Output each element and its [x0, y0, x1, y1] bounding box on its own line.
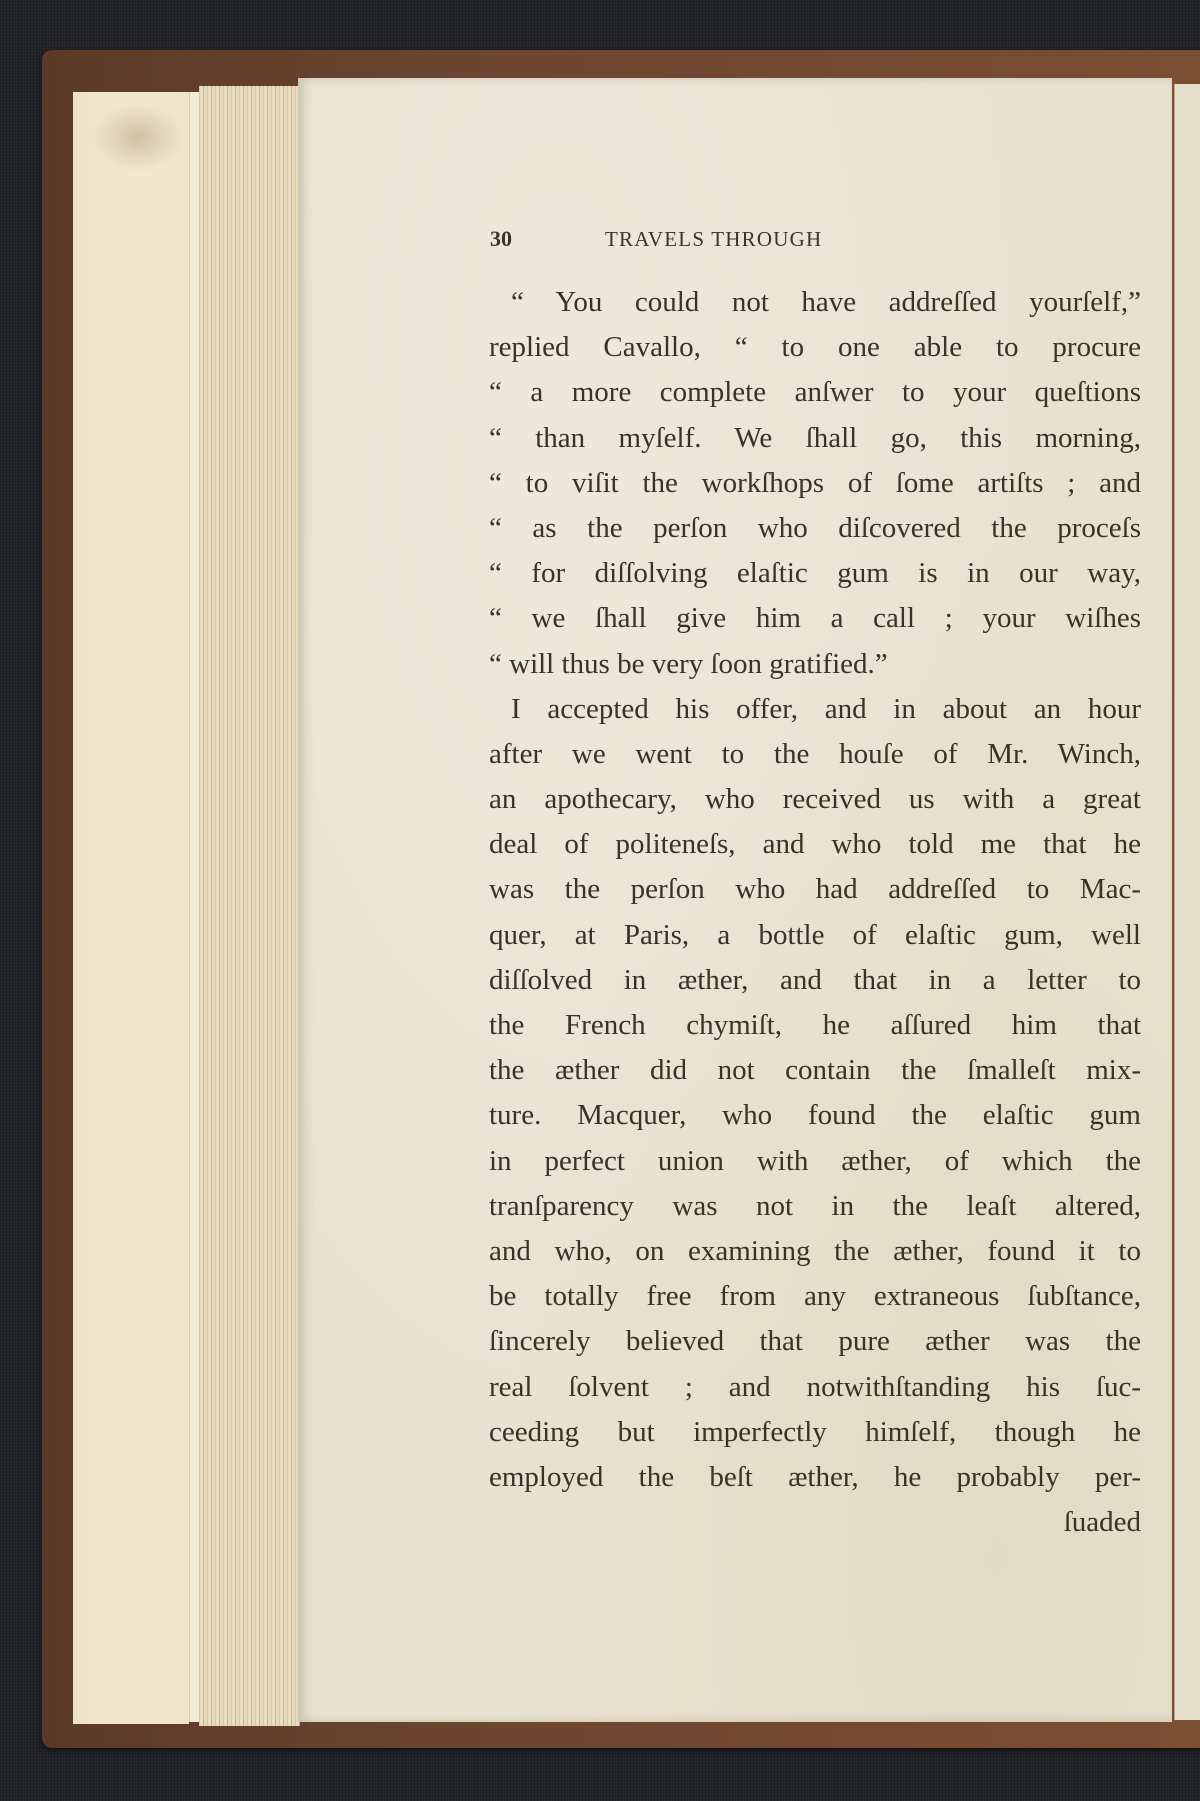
- text-line: real ſolvent ; and notwithſtanding his ſ…: [489, 1365, 1141, 1410]
- text-line: the æther did not contain the ſmalleſt m…: [489, 1048, 1141, 1093]
- text-line: after we went to the houſe of Mr. Winch,: [489, 732, 1141, 777]
- body-text: “ You could not have addreſſed yourſelf,…: [489, 280, 1141, 1545]
- catchword: ſuaded: [489, 1500, 1141, 1545]
- text-line: be totally free from any extraneous ſubſ…: [489, 1274, 1141, 1319]
- text-line: tranſparency was not in the leaſt altere…: [489, 1184, 1141, 1229]
- text-line: ceeding but imperfectly himſelf, though …: [489, 1410, 1141, 1455]
- text-line: diſſolved in æther, and that in a letter…: [489, 958, 1141, 1003]
- running-head-title: TRAVELS THROUGH: [605, 227, 822, 252]
- page-stack-edges: [199, 86, 300, 1726]
- text-line: ture. Macquer, who found the elaſtic gum: [489, 1093, 1141, 1138]
- left-flyleaf: [73, 92, 189, 1724]
- next-page-edge: [1174, 84, 1200, 1720]
- text-line: an apothecary, who received us with a gr…: [489, 777, 1141, 822]
- text-line: “ will thus be very ſoon gratified.”: [489, 642, 1141, 687]
- text-line: ſincerely believed that pure æther was t…: [489, 1319, 1141, 1364]
- text-line: quer, at Paris, a bottle of elaſtic gum,…: [489, 913, 1141, 958]
- text-line: “ we ſhall give him a call ; your wiſhes: [489, 596, 1141, 641]
- text-line: and who, on examining the æther, found i…: [489, 1229, 1141, 1274]
- page-number: 30: [490, 226, 512, 252]
- text-line: deal of politeneſs, and who told me that…: [489, 822, 1141, 867]
- text-line: was the perſon who had addreſſed to Mac-: [489, 867, 1141, 912]
- text-line: replied Cavallo, “ to one able to procur…: [489, 325, 1141, 370]
- text-line: “ for diſſolving elaſtic gum is in our w…: [489, 551, 1141, 596]
- text-line: “ a more complete anſwer to your queſtio…: [489, 370, 1141, 415]
- running-head: 30 TRAVELS THROUGH: [490, 226, 1140, 256]
- text-line: “ to viſit the workſhops of ſome artiſts…: [489, 461, 1141, 506]
- foxing-stain: [93, 102, 183, 172]
- text-line: “ You could not have addreſſed yourſelf,…: [489, 280, 1141, 325]
- text-line: “ than myſelf. We ſhall go, this morning…: [489, 416, 1141, 461]
- text-line: in perfect union with æther, of which th…: [489, 1139, 1141, 1184]
- text-line: “ as the perſon who diſcovered the proce…: [489, 506, 1141, 551]
- text-line: the French chymiſt, he aſſured him that: [489, 1003, 1141, 1048]
- text-line: I accepted his offer, and in about an ho…: [489, 687, 1141, 732]
- text-line: employed the beſt æther, he probably per…: [489, 1455, 1141, 1500]
